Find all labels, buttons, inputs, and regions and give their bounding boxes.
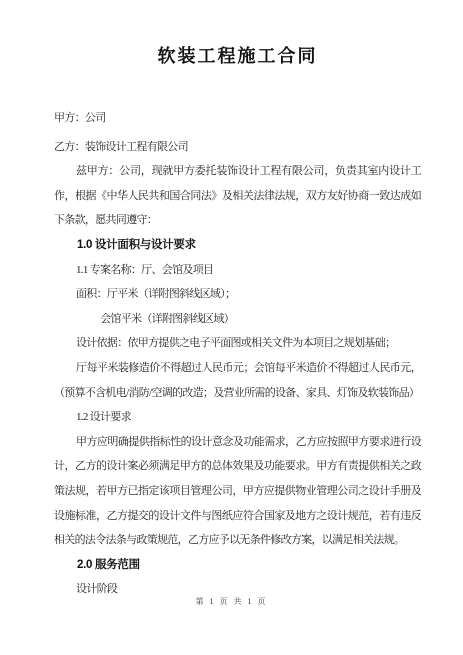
cost-limit-paragraph: 厅每平米装修造价不得超过人民币元；会馆每平米造价不得超过人民币元，（预算不含机电…: [54, 356, 421, 405]
area-line-hall: 面积：厅平米（详附图斜线区域）；: [54, 282, 421, 307]
area-line-clubhouse: 会馆平米（详附图斜线区域）: [54, 307, 421, 332]
document-page: 软装工程施工合同 甲方：公司 乙方：装饰设计工程有限公司 兹甲方：公司，现就甲方…: [0, 0, 463, 655]
party-b-line: 乙方：装饰设计工程有限公司: [54, 135, 421, 160]
section-2-heading: 2.0 服务范围: [54, 553, 421, 578]
party-a-line: 甲方：公司: [54, 106, 421, 131]
section-1-heading: 1.0 设计面积与设计要求: [54, 233, 421, 258]
design-basis-line: 设计依据：依甲方提供之电子平面图或相关文件为本项目之规划基础；: [54, 331, 421, 356]
page-number-footer: 第 1 页 共 1 页: [0, 596, 463, 607]
section-1-item-1-1: 1.1 专案名称：厅、会馆及项目: [54, 258, 421, 283]
design-requirements-paragraph: 甲方应明确提供指标性的设计意念及功能需求，乙方应按照甲方要求进行设计，乙方的设计…: [54, 430, 421, 553]
section-1-item-1-2: 1.2 设计要求: [54, 405, 421, 430]
intro-paragraph: 兹甲方：公司，现就甲方委托装饰设计工程有限公司，负责其室内设计工作，根据《中华人…: [54, 159, 421, 233]
document-title: 软装工程施工合同: [54, 44, 421, 68]
